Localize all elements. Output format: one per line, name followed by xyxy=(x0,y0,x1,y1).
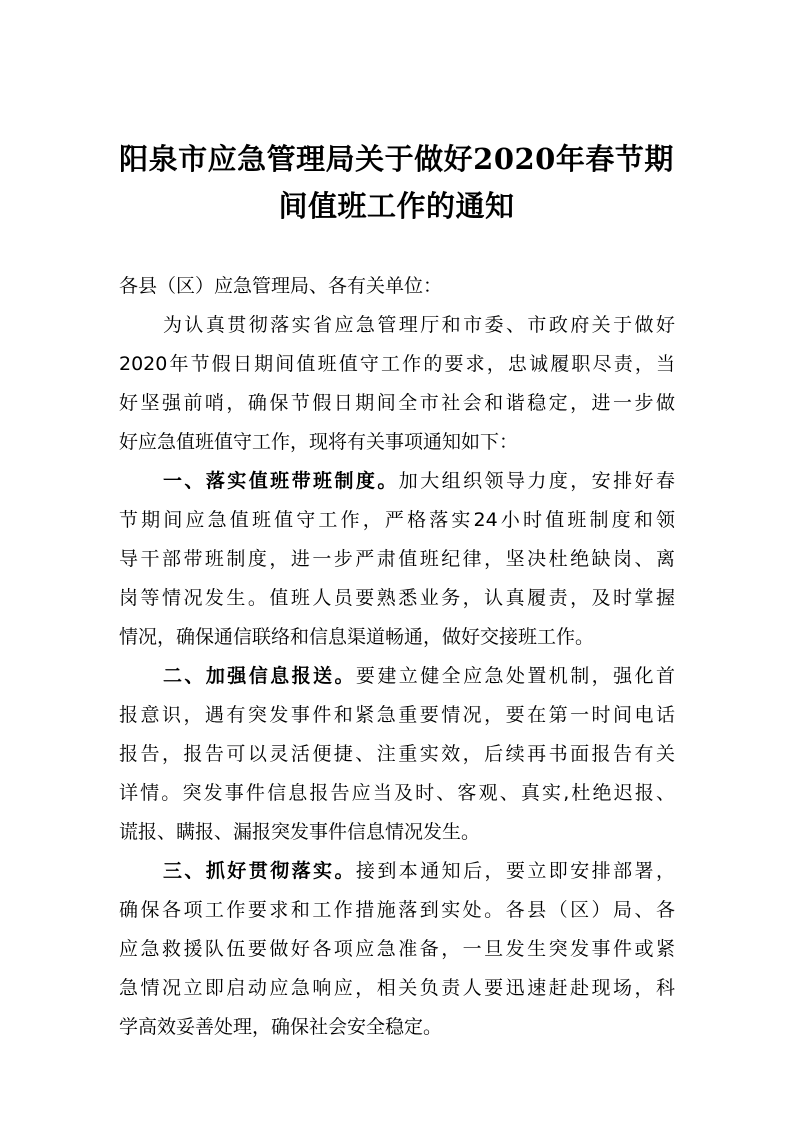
intro-line-1: 为认真贯彻落实省应急管理厅和市委、市政府关于做好 xyxy=(163,313,675,337)
section-2-heading: 二、加强信息报送。 xyxy=(163,665,356,687)
section-1-first-line-rest: 加大组织领导力度，安排好春 xyxy=(399,470,675,492)
section-3-line-3: 急情况立即启动应急响应，相关负责人要迅速赶赴现场，科 xyxy=(119,976,675,1000)
section-2-first-line: 二、加强信息报送。要建立健全应急处置机制，强化首 xyxy=(163,664,675,688)
intro-line-4: 好应急值班值守工作，现将有关事项通知如下： xyxy=(119,430,675,454)
section-1-line-1: 节期间应急值班值守工作，严格落实24小时值班制度和领 xyxy=(119,508,675,532)
section-2-line-2: 报告，报告可以灵活便捷、注重实效，后续再书面报告有关 xyxy=(119,742,675,766)
section-2-line-4: 谎报、瞒报、漏报突发事件信息情况发生。 xyxy=(119,820,675,844)
section-1-line-2: 导干部带班制度，进一步严肃值班纪律，坚决杜绝缺岗、离 xyxy=(119,547,675,571)
section-3-line-1: 确保各项工作要求和工作措施落到实处。各县（区）局、各 xyxy=(119,898,675,922)
section-2-first-line-rest: 要建立健全应急处置机制，强化首 xyxy=(356,665,675,687)
intro-line-3: 好坚强前哨，确保节假日期间全市社会和谐稳定，进一步做 xyxy=(119,391,675,415)
section-2-line-1: 报意识，遇有突发事件和紧急重要情况，要在第一时间电话 xyxy=(119,703,675,727)
title-line-1: 阳泉市应急管理局关于做好2020年春节期 xyxy=(0,136,793,183)
section-1-heading: 一、落实值班带班制度。 xyxy=(163,470,399,492)
section-1-line-4: 情况，确保通信联络和信息渠道畅通，做好交接班工作。 xyxy=(119,625,675,649)
salutation: 各县（区）应急管理局、各有关单位： xyxy=(119,274,675,298)
section-3-line-2: 应急救援队伍要做好各项应急准备，一旦发生突发事件或紧 xyxy=(119,937,675,961)
section-3-first-line-rest: 接到本通知后，要立即安排部署， xyxy=(356,860,675,882)
section-1-first-line: 一、落实值班带班制度。加大组织领导力度，安排好春 xyxy=(163,469,675,493)
section-1-line-3: 岗等情况发生。值班人员要熟悉业务，认真履责，及时掌握 xyxy=(119,586,675,610)
document-page: 阳泉市应急管理局关于做好2020年春节期 间值班工作的通知 各县（区）应急管理局… xyxy=(0,0,793,1122)
section-3-line-4: 学高效妥善处理，确保社会安全稳定。 xyxy=(119,1015,675,1039)
section-3-first-line: 三、抓好贯彻落实。接到本通知后，要立即安排部署， xyxy=(163,859,675,883)
document-title: 阳泉市应急管理局关于做好2020年春节期 间值班工作的通知 xyxy=(0,136,793,230)
section-2-line-3: 详情。突发事件信息报告应当及时、客观、真实,杜绝迟报、 xyxy=(119,781,675,805)
intro-line-2: 2020年节假日期间值班值守工作的要求，忠诚履职尽责，当 xyxy=(119,352,675,376)
title-line-2: 间值班工作的通知 xyxy=(0,183,793,230)
section-3-heading: 三、抓好贯彻落实。 xyxy=(163,860,356,882)
